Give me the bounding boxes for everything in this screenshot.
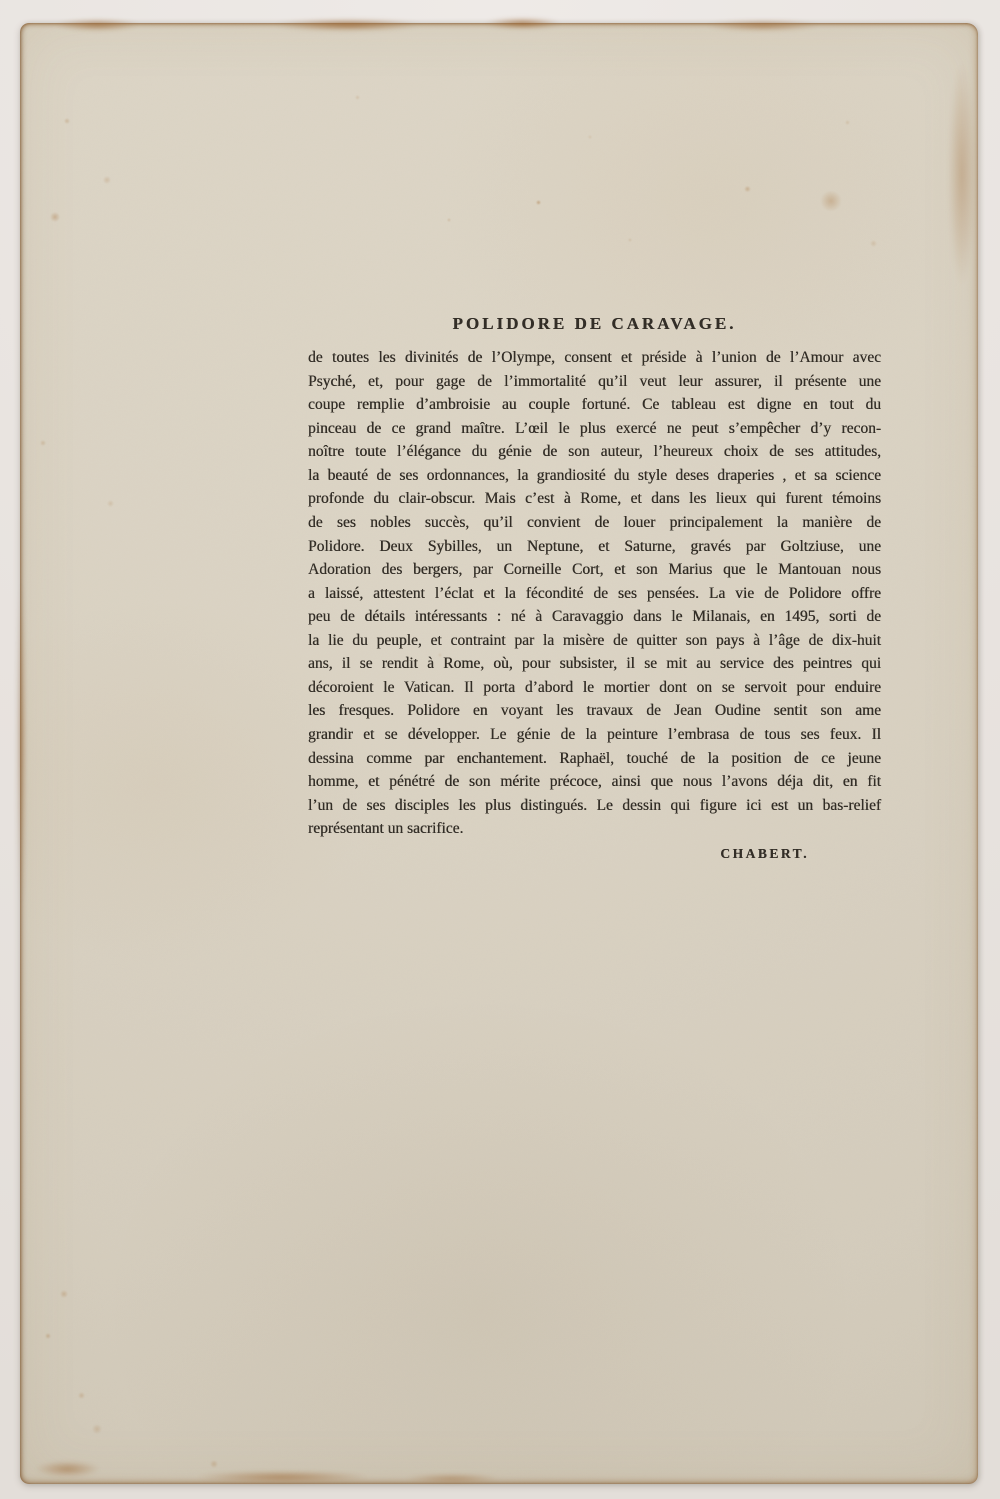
text-line: dessina comme par enchantement. Raphaël,… — [308, 747, 881, 771]
foxing-spot — [107, 500, 114, 507]
foxing-spot — [50, 212, 60, 222]
foxing-spot — [60, 1290, 68, 1298]
text-line: l’un de ses disciples les plus distingué… — [308, 794, 881, 818]
text-line: la lie du peuple, et contraint par la mi… — [308, 629, 881, 653]
text-line: Polidore. Deux Sybilles, un Neptune, et … — [308, 535, 881, 559]
paper-sheet: POLIDORE DE CARAVAGE. de toutes les divi… — [20, 23, 978, 1484]
foxing-spot — [870, 240, 877, 247]
foxing-spot — [536, 200, 541, 205]
text-line: grandir et se développer. Le génie de la… — [308, 723, 881, 747]
text-line: noître toute l’élégance du génie de son … — [308, 440, 881, 464]
foxing-spot — [103, 176, 111, 184]
text-line: pinceau de ce grand maître. L’œil le plu… — [308, 417, 881, 441]
foxing-spot — [40, 440, 46, 446]
text-line: peu de détails intéressants : né à Carav… — [308, 605, 881, 629]
text-line: les fresques. Polidore en voyant les tra… — [308, 699, 881, 723]
text-line: de toutes les divinités de l’Olympe, con… — [308, 346, 881, 370]
foxing-spot — [588, 135, 592, 139]
edge-stain — [55, 19, 140, 31]
text-line: ans, il se rendit à Rome, où, pour subsi… — [308, 652, 881, 676]
foxing-spot — [45, 1333, 51, 1339]
foxing-spot — [628, 238, 632, 242]
text-line: homme, et pénétré de son mérite précoce,… — [308, 770, 881, 794]
foxing-spot — [64, 118, 70, 124]
edge-stain — [195, 1471, 370, 1483]
text-line: de ses nobles succès, qu’il convient de … — [308, 511, 881, 535]
foxing-spot — [210, 1460, 218, 1468]
scanned-document-background: POLIDORE DE CARAVAGE. de toutes les divi… — [0, 0, 1000, 1499]
text-line: Psyché, et, pour gage de l’immortalité q… — [308, 370, 881, 394]
foxing-spot — [845, 120, 850, 125]
foxing-spot — [92, 1424, 102, 1434]
page-title: POLIDORE DE CARAVAGE. — [308, 311, 881, 337]
edge-stain — [705, 20, 820, 31]
edge-stain — [948, 61, 976, 286]
edge-stain — [17, 578, 26, 908]
text-line: coupe remplie d’ambroisie au couple fort… — [308, 393, 881, 417]
foxing-spot — [447, 218, 451, 222]
text-line: profonde du clair-obscur. Mais c’est à R… — [308, 487, 881, 511]
foxing-spot — [744, 186, 751, 192]
text-line: représentant un sacrifice. — [308, 817, 881, 841]
author-signature: CHABERT. — [308, 846, 881, 862]
text-line: Adoration des bergers, par Corneille Cor… — [308, 558, 881, 582]
foxing-spot — [820, 191, 842, 211]
edge-stain — [485, 18, 560, 29]
printed-text-block: POLIDORE DE CARAVAGE. de toutes les divi… — [308, 311, 881, 862]
edge-stain — [405, 1474, 500, 1483]
edge-stain — [35, 1461, 100, 1477]
edge-stain — [275, 19, 420, 31]
text-line: décoroient le Vatican. Il porta d’abord … — [308, 676, 881, 700]
text-line: la beauté de ses ordonnances, la grandio… — [308, 464, 881, 488]
text-line: a laissé, attestent l’éclat et la fécond… — [308, 582, 881, 606]
foxing-spot — [355, 95, 360, 100]
foxing-spot — [78, 1392, 85, 1399]
